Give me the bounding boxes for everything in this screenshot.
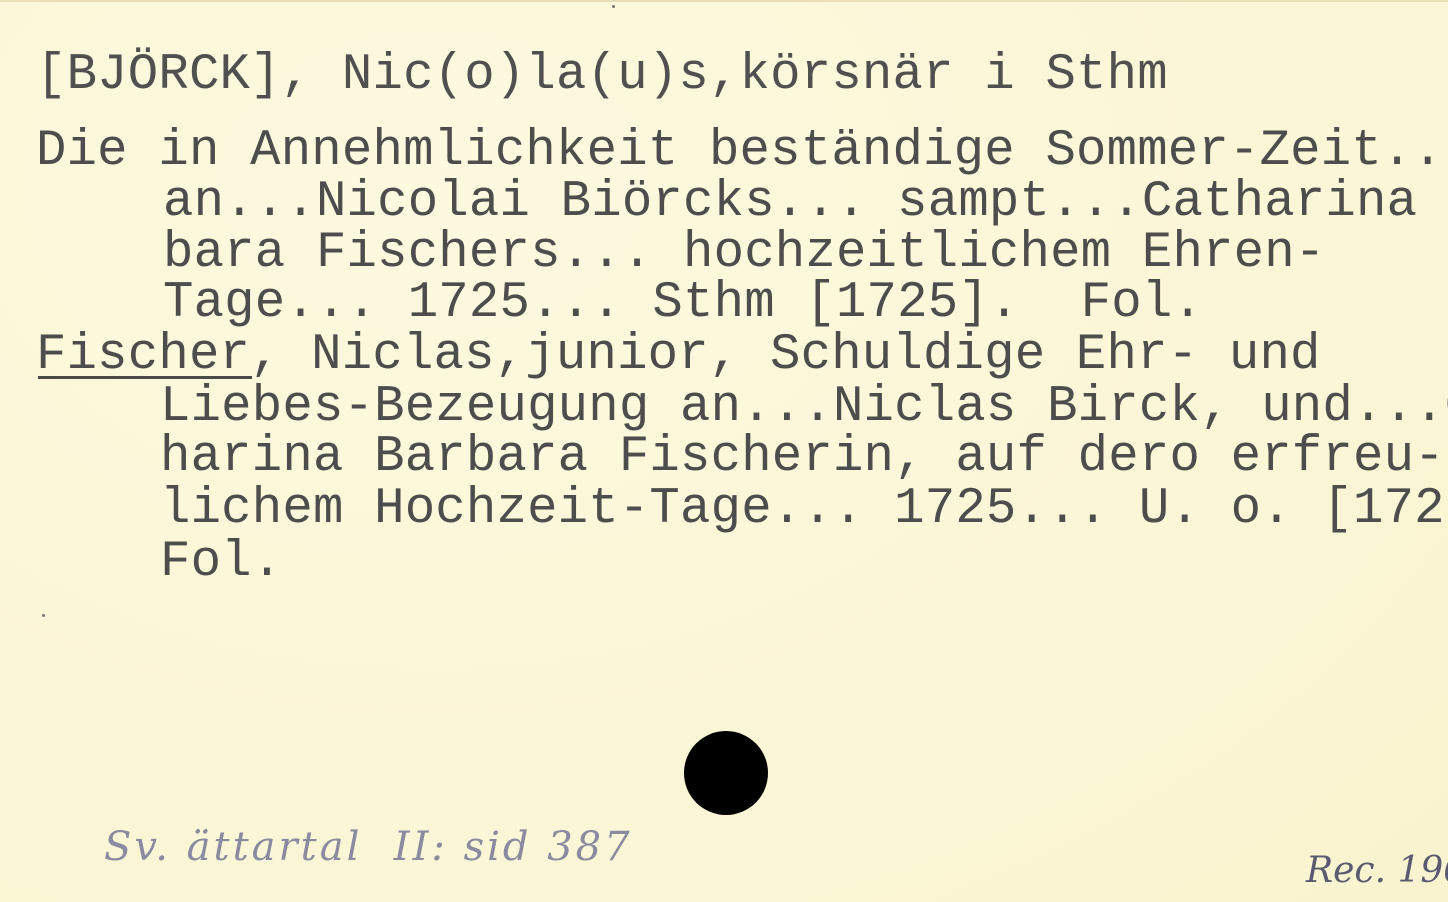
entry-2-author: Fischer	[36, 330, 250, 381]
entry-2-line-5: Fol.	[160, 537, 282, 588]
entry-1-line-3: bara Fischers... hochzeitlichem Ehren-	[163, 228, 1325, 279]
entry-2-line-3: harina Barbara Fischerin, auf dero erfre…	[160, 432, 1445, 483]
catalog-card: [BJÖRCK], Nic(o)la(u)s,körsnär i Sthm Di…	[0, 0, 1448, 902]
entry-1-line-2: an...Nicolai Biörcks... sampt...Catharin…	[163, 177, 1448, 228]
handwritten-rec-note: Rec. 1969	[1306, 850, 1448, 891]
entry-2-line-4: lichem Hochzeit-Tage... 1725... U. o. [1…	[160, 484, 1448, 535]
entry-1-line-1: Die in Annehmlichkeit beständige Sommer-…	[36, 126, 1448, 177]
paper-speck	[42, 614, 45, 617]
paper-speck	[612, 5, 615, 8]
handwritten-reference: Sv. ättartal II: sid 387	[104, 824, 633, 870]
entry-1-line-4: Tage... 1725... Sthm [1725]. Fol.	[163, 278, 1203, 329]
card-heading: [BJÖRCK], Nic(o)la(u)s,körsnär i Sthm	[36, 50, 1168, 101]
entry-2-line-1: , Niclas,junior, Schuldige Ehr- und	[250, 330, 1321, 381]
punch-hole	[684, 731, 768, 815]
entry-2-line-2: Liebes-Bezeugung an...Niclas Birck, und.…	[160, 382, 1448, 433]
